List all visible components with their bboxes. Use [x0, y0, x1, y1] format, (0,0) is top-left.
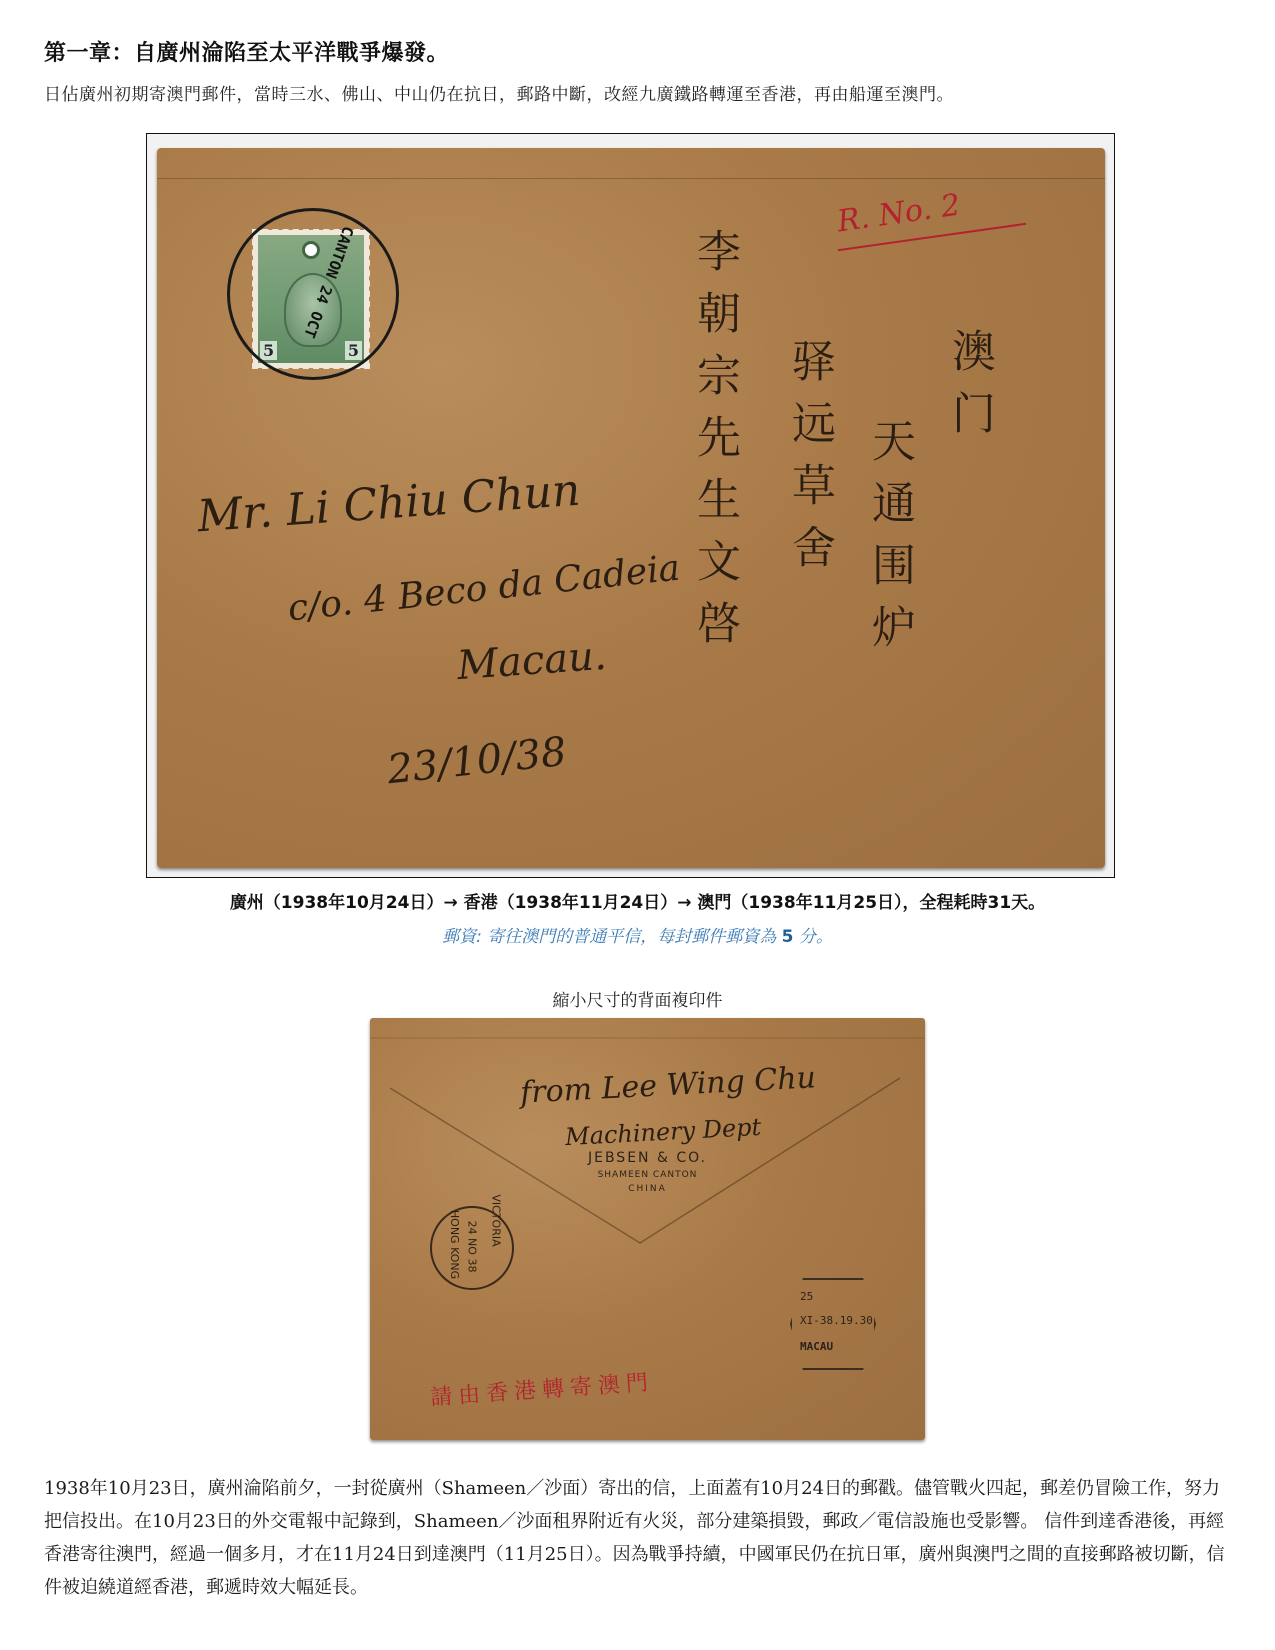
envelope-front: 5 5 CANTON 24 OCT R. No. 2 Mr. Li Chiu C… [157, 148, 1105, 868]
macau-postmark: 25 XI-38.19.30 MACAU [790, 1278, 876, 1370]
registration-marking: R. No. 2 [835, 188, 962, 240]
chinese-address-col-1: 澳门 [937, 328, 1001, 452]
date-written: 23/10/38 [385, 729, 568, 794]
address-line-3: Macau. [456, 633, 608, 689]
front-cover-image: 5 5 CANTON 24 OCT R. No. 2 Mr. Li Chiu C… [146, 133, 1115, 878]
back-cover-image: from Lee Wing Chu Machinery Dept JEBSEN … [370, 1018, 925, 1440]
body-paragraph: 1938年10月23日，廣州淪陷前夕，一封從廣州（Shameen／沙面）寄出的信… [44, 1472, 1234, 1604]
postage-amount: 5 [782, 927, 794, 947]
address-line-2: c/o. 4 Beco da Cadeia [286, 548, 682, 630]
hong-kong-postmark: VICTORIA HONG KONG 24 NO 38 [430, 1206, 514, 1290]
address-line-1: Mr. Li Chiu Chun [196, 465, 582, 543]
back-cover-label: 縮小尺寸的背面複印件 [0, 986, 1275, 1011]
chinese-address-col-3: 驿远草舍 [777, 338, 841, 586]
intro-text: 日佔廣州初期寄澳門郵件，當時三水、佛山、中山仍在抗日，郵路中斷，改經九廣鐵路轉運… [44, 80, 954, 105]
chinese-address-col-4: 李朝宗先生文啓 [682, 228, 746, 662]
fold-line [157, 178, 1105, 179]
company-country: CHINA [370, 1184, 925, 1194]
company-name: JEBSEN & CO. [370, 1150, 925, 1166]
company-address: SHAMEEN CANTON [370, 1170, 925, 1180]
route-caption: 廣州（1938年10月24日）→ 香港（1938年11月24日）→ 澳門（193… [0, 888, 1275, 913]
canton-postmark: CANTON 24 OCT [227, 208, 399, 380]
chapter-heading: 第一章：自廣州淪陷至太平洋戰爭爆發。 [44, 36, 449, 67]
postage-caption: 郵資: 寄往澳門的普通平信，每封郵件郵資為 5 分。 [0, 922, 1275, 947]
chinese-address-col-2: 天通围炉 [857, 418, 921, 666]
